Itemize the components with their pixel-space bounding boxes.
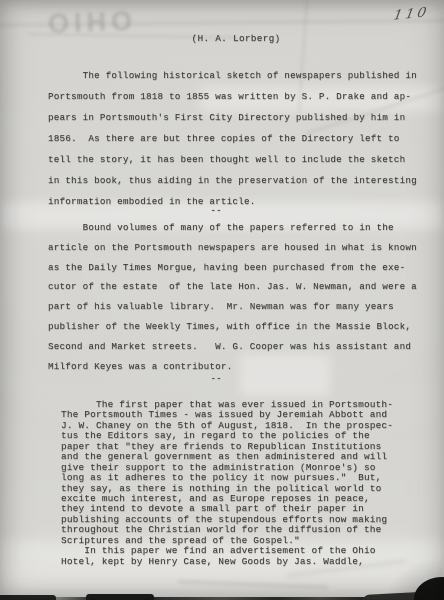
typed-line: in this book, thus aiding in the preserv… bbox=[48, 175, 417, 196]
scan-bottom-edge bbox=[0, 595, 56, 600]
typed-line: as the Daily Times Morgue, having been p… bbox=[48, 262, 417, 282]
typed-line: excite much interest, and as Europe repo… bbox=[61, 493, 393, 503]
scan-bottom-edge bbox=[414, 577, 444, 600]
section-separator: -- bbox=[0, 205, 438, 216]
section-separator: -- bbox=[0, 373, 438, 384]
typed-line: cutor of the estate of the late Hon. Jas… bbox=[48, 281, 417, 301]
typed-line: Hotel, kept by Henry Case, New Goods by … bbox=[61, 556, 393, 566]
typed-line: and the general government as then admin… bbox=[61, 451, 393, 461]
paragraph-bound-volumes: Bound volumes of many of the papers refe… bbox=[48, 222, 417, 380]
typed-line: J. W. Chaney on the 5th of August, 1818.… bbox=[61, 420, 393, 430]
typed-line: The first paper that was ever issued in … bbox=[61, 399, 393, 409]
paragraph-intro: The following historical sketch of newsp… bbox=[48, 70, 417, 217]
typed-line: they intend to devote a small part of th… bbox=[61, 503, 393, 513]
typed-line: paper that "they are friends to Republic… bbox=[61, 441, 393, 451]
typed-line: article on the Portsmouth newspapers are… bbox=[48, 242, 417, 262]
author-byline: (H. A. Lorberg) bbox=[14, 33, 444, 44]
typed-line: long as it adheres to the policy it now … bbox=[61, 472, 393, 482]
typed-line: Scriptures and the spread of the Gospel.… bbox=[61, 535, 393, 545]
typed-line: pears in Portsmouth's First City Directo… bbox=[48, 112, 417, 133]
paper-crease bbox=[178, 580, 328, 588]
typed-line: Bound volumes of many of the papers refe… bbox=[48, 222, 417, 242]
typed-line: publishing accounts of the stupendous ef… bbox=[61, 514, 393, 524]
typed-line: 1856. As there are but three copies of t… bbox=[48, 133, 417, 154]
scan-corner-shadow bbox=[386, 558, 444, 598]
scan-bottom-edge bbox=[362, 592, 420, 600]
handwritten-page-number: 110 bbox=[392, 4, 431, 24]
typed-line: Portsmouth from 1818 to 1855 was written… bbox=[48, 91, 417, 112]
typed-line: The following historical sketch of newsp… bbox=[48, 70, 417, 91]
typed-line: give their support to the administration… bbox=[61, 462, 393, 472]
typed-line: tus the Editors say, in regard to the po… bbox=[61, 430, 393, 440]
typed-line: publisher of the Weekly Times, with offi… bbox=[48, 321, 417, 341]
paragraph-first-paper: The first paper that was ever issued in … bbox=[61, 399, 393, 566]
typed-line: The Portsmouth Times - was issued by Jer… bbox=[61, 409, 393, 419]
typed-line: part of his valuable library. Mr. Newman… bbox=[48, 301, 417, 321]
typed-line: they say, as there is nothing in the pol… bbox=[61, 483, 393, 493]
typed-line: Second and Market streets. W. G. Cooper … bbox=[48, 341, 417, 361]
typed-line: throughout the Christian world for the d… bbox=[61, 524, 393, 534]
scan-bottom-edge bbox=[86, 594, 154, 600]
typed-line: In this paper we find an advertisement o… bbox=[61, 545, 393, 555]
typed-line: tell the story, it has been thought well… bbox=[48, 154, 417, 175]
scanned-document-page: OHIO 110 (H. A. Lorberg) The following h… bbox=[0, 0, 444, 600]
